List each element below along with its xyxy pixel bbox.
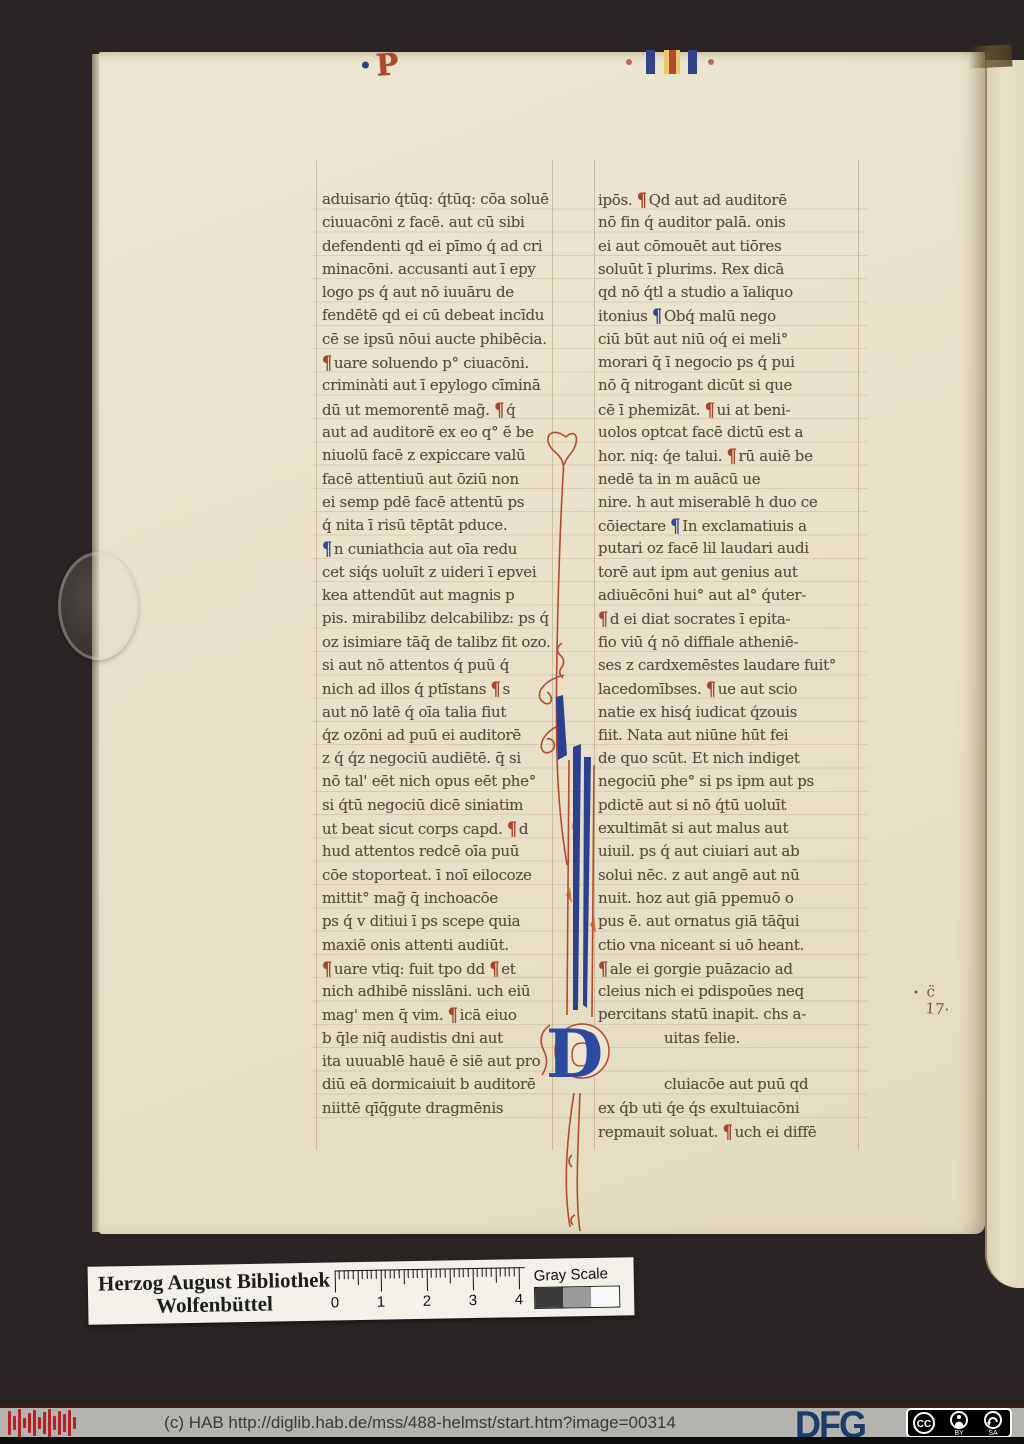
manuscript-line: aut ad auditorē ex eo q° ē be	[322, 421, 552, 444]
manuscript-line: ipōs. ¶Qd aut ad auditorē	[598, 188, 854, 211]
manuscript-line: cē se ipsū nōui aucte phibēcia.	[322, 328, 552, 351]
manuscript-line: cē ī phemizāt. ¶ui at beni-	[598, 398, 854, 421]
ruler-tick	[422, 1269, 423, 1278]
ruler-tick	[504, 1267, 505, 1276]
ruler-tick	[353, 1270, 354, 1279]
ruler-tick	[514, 1267, 515, 1276]
vertical-ruling-4	[858, 160, 859, 1150]
ruler-tick	[366, 1270, 367, 1279]
ruler-tick	[449, 1268, 450, 1283]
ruler-tick	[408, 1269, 409, 1278]
ruler-tick	[426, 1269, 427, 1291]
manuscript-line: niittē qīq̄gute dragmēnis	[322, 1097, 552, 1120]
ruler-tick	[394, 1269, 395, 1278]
manuscript-line: ei semp pdē facē attentū ps	[322, 491, 552, 514]
ruler-number: 4	[515, 1291, 524, 1308]
manuscript-line: cet siq́s uoluīt z uideri ī epvei	[322, 561, 552, 584]
manuscript-line: dū ut memorentē mag̃. ¶q́	[322, 398, 552, 421]
manuscript-line: ut beat sicut corps capd. ¶d	[322, 817, 552, 840]
manuscript-line: diū eā dormicaiuit b auditorē	[322, 1073, 552, 1096]
manuscript-line: q́ nita ī risū tēptāt pduce.	[322, 514, 552, 537]
manuscript-line: ps q́ v ditiui ī ps scepe quia	[322, 910, 552, 933]
ruler-tick	[445, 1269, 446, 1278]
margin-note: c̈ 17·	[925, 983, 951, 1019]
ruler-tick	[435, 1269, 436, 1278]
paraph-mark: ¶	[507, 815, 517, 842]
manuscript-line: logo ps q́ aut nō iuuāru de	[322, 281, 552, 304]
ruler-tick	[518, 1267, 519, 1289]
manuscript-line: ciuuacōni z facē. aut cū sibi	[322, 211, 552, 234]
page-holder-clip	[58, 552, 138, 660]
ruler-tick	[389, 1269, 390, 1278]
manuscript-line: b q̄le niq̄ audistis dni aut	[322, 1027, 552, 1050]
manuscript-line: itonius ¶Obq́ malū nego	[598, 304, 854, 327]
ruler-tick	[486, 1268, 487, 1277]
manuscript-line: ciū būt aut niū oq́ ei meli°	[598, 328, 854, 351]
paraph-mark: ¶	[727, 443, 737, 470]
cc-by-sa-icons: CC BY SA	[909, 1410, 1009, 1436]
ruler-tick	[477, 1268, 478, 1277]
manuscript-line: mag' men q̄ vim. ¶icā eiuo	[322, 1003, 552, 1026]
ruler-tick	[348, 1270, 349, 1279]
manuscript-line: nō q̄ nitrogant dicūt si que	[598, 374, 854, 397]
ruler-number: 2	[423, 1293, 432, 1310]
ruler-tick	[339, 1270, 340, 1279]
library-name-line1: Herzog August Bibliothek	[98, 1269, 331, 1296]
paraph-mark: ¶	[723, 1118, 733, 1145]
paraph-mark: ¶	[637, 186, 647, 213]
manuscript-line: ita uuuablē hauē ē siē aut pro	[322, 1050, 552, 1073]
manuscript-line: fendētē qd ei cū debeat incīdu	[322, 304, 552, 327]
manuscript-line: niuolū facē z expiccare valū	[322, 444, 552, 467]
manuscript-line: pis. mirabilibz delcabilibz: ps q́	[322, 607, 552, 630]
manuscript-line: morari q̄ ī negocio ps q́ pui	[598, 351, 854, 374]
pen-flourish-decoration: D	[520, 425, 660, 1250]
ruler-tick	[481, 1268, 482, 1277]
manuscript-line: nō fin q́ auditor palā. onis	[598, 211, 854, 234]
paraph-mark: ¶	[322, 349, 332, 376]
manuscript-line: q́z ozōni ad puū ei auditorē	[322, 724, 552, 747]
gray-swatch	[591, 1286, 619, 1306]
margin-note-line: 17·	[925, 1000, 950, 1019]
ruler-tick	[417, 1269, 418, 1278]
ruler-tick	[500, 1268, 501, 1277]
red-bar-icon	[669, 50, 676, 74]
gray-scale-swatches	[534, 1285, 620, 1308]
cc-license-badge: CC BY SA	[906, 1408, 1012, 1438]
ruler-numbers: 01234	[335, 1291, 525, 1312]
manuscript-line: criminàti aut ī epylogo cīminā	[322, 374, 552, 397]
manuscript-line: facē attentiuū aut ōziū non	[322, 468, 552, 491]
ruler-tick	[362, 1270, 363, 1279]
ruler-tick	[343, 1270, 344, 1279]
manuscript-line: nich adhibē nisslāni. uch eiū	[322, 980, 552, 1003]
manuscript-line: z q́ q́z negociū audiētē. q̄ si	[322, 747, 552, 770]
heading-ornament-left-glyph: P	[375, 47, 400, 83]
ruler-number: 3	[469, 1292, 478, 1309]
manuscript-line: ei aut cōmouēt aut tiōres	[598, 235, 854, 258]
ruler-tick	[371, 1270, 372, 1279]
by-label: BY	[954, 1430, 964, 1436]
manuscript-line: ¶n cuniathcia aut oīa redu	[322, 537, 552, 560]
ruler-tick	[403, 1269, 404, 1284]
footer-black-strip	[0, 1437, 1024, 1444]
manuscript-line: minacōni. accusanti aut ī epy	[322, 258, 552, 281]
gray-scale-block: Gray Scale	[534, 1265, 625, 1309]
manuscript-line: cōe stoporteat. ī noī eilocoze	[322, 864, 552, 887]
ruler-tick	[472, 1268, 473, 1290]
sa-arrow-icon	[985, 1412, 1001, 1428]
ruler-tick	[385, 1270, 386, 1279]
paraph-mark: ¶	[322, 536, 332, 563]
paraph-mark: ¶	[494, 396, 504, 423]
cc-icon: CC	[917, 1419, 931, 1430]
ruler-tick	[376, 1270, 377, 1279]
ruler-tick	[412, 1269, 413, 1278]
ruler-tick	[491, 1268, 492, 1277]
ruler-tick	[458, 1268, 459, 1277]
library-name: Herzog August Bibliothek Wolfenbüttel	[98, 1269, 331, 1319]
manuscript-line: ¶uare vtiq: fuit tpo dd ¶et	[322, 957, 552, 980]
manuscript-line: defendenti qd ei pīmo q́ ad cri	[322, 235, 552, 258]
paraph-mark: ¶	[491, 675, 501, 702]
manuscript-line: hud attentos redcē oīa puū	[322, 840, 552, 863]
ruler-tick	[463, 1268, 464, 1277]
manuscript-line: oz isimiare tāq̄ de talibz fit ozo.	[322, 631, 552, 654]
manuscript-line: si aut nō attentos q́ puū q́	[322, 654, 552, 677]
manuscript-line: qd nō q́tl a studio a īaliquo	[598, 281, 854, 304]
ruler-tick	[509, 1267, 510, 1276]
manuscript-line: mittit° mag̃ q̄ inchoacōe	[322, 887, 552, 910]
ruler-tick	[495, 1268, 496, 1283]
cm-ruler: 01234	[334, 1265, 526, 1314]
ruler-tick	[468, 1268, 469, 1277]
copyright-url: (c) HAB http://diglib.hab.de/mss/488-hel…	[0, 1413, 840, 1433]
text-column-left: aduisario q́tūq: q́tūq: cōa soluēciuuacō…	[322, 188, 552, 1120]
ruler-number: 0	[331, 1294, 340, 1311]
manuscript-line: kea attendūt aut magnis p	[322, 584, 552, 607]
heading-ornament-left: P	[375, 47, 400, 83]
manuscript-line: nich ad illos q́ ptīstans ¶s	[322, 677, 552, 700]
ruler-tick	[334, 1270, 335, 1292]
manuscript-line: si q́tū negociū dicē siniatim	[322, 794, 552, 817]
manuscript-line: maxiē onis attenti audiūt.	[322, 934, 552, 957]
initial-letter: D	[546, 1015, 603, 1093]
vertical-ruling-1	[316, 160, 317, 1150]
heading-ornament-center	[640, 50, 710, 76]
ruler-tick	[399, 1269, 400, 1278]
manuscript-line: ¶uare soluendo p° ciuacōni.	[322, 351, 552, 374]
ruler-tick	[380, 1270, 381, 1292]
manuscript-line: nō tal' eēt nich opus eēt phe°	[322, 770, 552, 793]
paraph-mark: ¶	[652, 303, 662, 330]
ruler-tick	[357, 1270, 358, 1285]
gray-swatch	[563, 1287, 591, 1307]
book-cover-corner	[951, 44, 1012, 69]
library-name-line2: Wolfenbüttel	[98, 1292, 331, 1319]
red-dot-icon	[626, 59, 632, 65]
paraph-mark: ¶	[322, 955, 332, 982]
gray-swatch	[535, 1287, 563, 1307]
gray-scale-label: Gray Scale	[534, 1265, 624, 1285]
paraph-mark: ¶	[705, 396, 715, 423]
by-person-icon	[951, 1412, 967, 1428]
ruler-number: 1	[377, 1294, 386, 1311]
adjacent-page-sliver	[985, 60, 1024, 1288]
ruler-tick	[440, 1269, 441, 1278]
ruler-tick	[454, 1268, 455, 1277]
paraph-mark: ¶	[448, 1002, 458, 1029]
blue-bar-icon	[646, 50, 655, 74]
paraph-mark: ¶	[706, 675, 716, 702]
ruler-tick	[431, 1269, 432, 1278]
blue-bar-icon	[688, 50, 697, 74]
manuscript-line: soluūt ī plurims. Rex dicā	[598, 258, 854, 281]
red-dot-icon	[708, 59, 714, 65]
paraph-mark: ¶	[670, 512, 680, 539]
manuscript-line: aduisario q́tūq: q́tūq: cōa soluē	[322, 188, 552, 211]
digitized-manuscript-view: P aduisario q́tūq: q́tūq: cōa soluēciuua…	[0, 0, 1024, 1444]
paraph-mark: ¶	[489, 955, 499, 982]
sa-label: SA	[988, 1430, 998, 1436]
manuscript-line: aut nō latē q́ oīa talia fiut	[322, 701, 552, 724]
library-scale-label: Herzog August Bibliothek Wolfenbüttel 01…	[88, 1257, 635, 1325]
